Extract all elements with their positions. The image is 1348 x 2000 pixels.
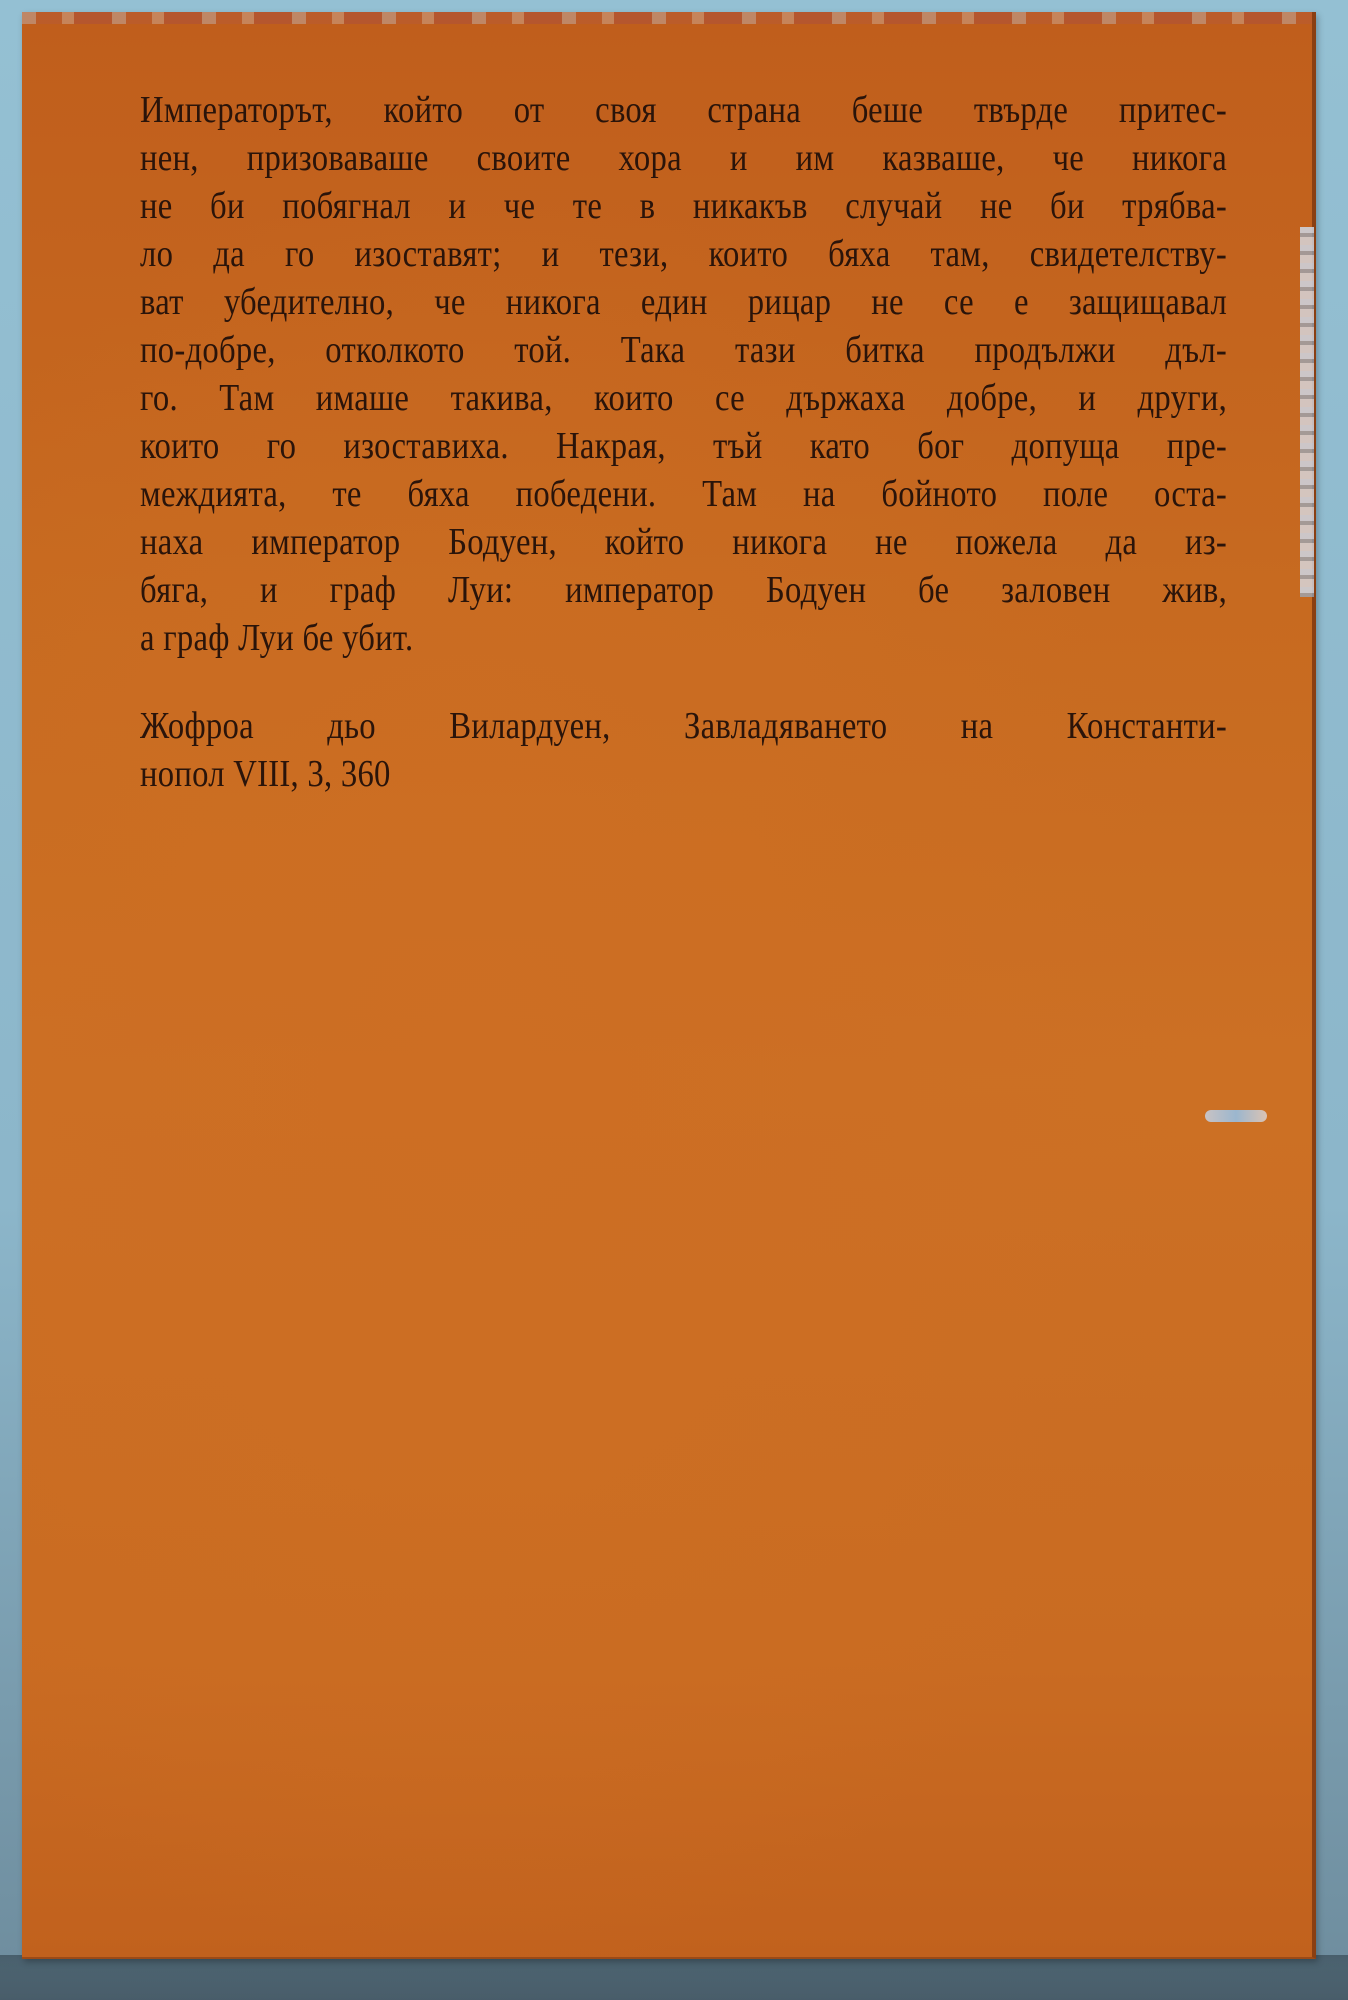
quote-line: ват убедително, че никога един рицар не … (140, 278, 1227, 326)
quote-line: по-добре, отколкото той. Така тази битка… (140, 326, 1227, 374)
table-surface-shadow (0, 1955, 1348, 2000)
quote-line: бяга, и граф Луи: император Бодуен бе за… (140, 566, 1227, 614)
quote-line: не би побягнал и че те в никакъв случай … (140, 182, 1227, 230)
quote-paragraph: Императорът, който от своя страна беше т… (140, 86, 1230, 662)
back-cover-text: Императорът, който от своя страна беше т… (140, 86, 1230, 798)
worn-top-edge (22, 12, 1312, 24)
quote-line: а граф Луи бе убит. (140, 614, 1227, 662)
scuff-mark (1205, 1110, 1267, 1122)
citation: Жофроа дьо Вилардуен, Завладяването на К… (140, 702, 1230, 798)
citation-line: нопол VIII, 3, 360 (140, 750, 1227, 798)
quote-line: междията, те бяха победени. Там на бойно… (140, 470, 1227, 518)
quote-line: които го изоставиха. Накрая, тъй като бо… (140, 422, 1227, 470)
quote-line: го. Там имаше такива, които се държаха д… (140, 374, 1227, 422)
quote-line: нен, призоваваше своите хора и им казваш… (140, 134, 1227, 182)
quote-line: ло да го изоставят; и тези, които бяха т… (140, 230, 1227, 278)
citation-line: Жофроа дьо Вилардуен, Завладяването на К… (140, 702, 1227, 750)
quote-line: наха император Бодуен, който никога не п… (140, 518, 1227, 566)
quote-line: Императорът, който от своя страна беше т… (140, 86, 1227, 134)
worn-right-edge (1300, 227, 1314, 597)
